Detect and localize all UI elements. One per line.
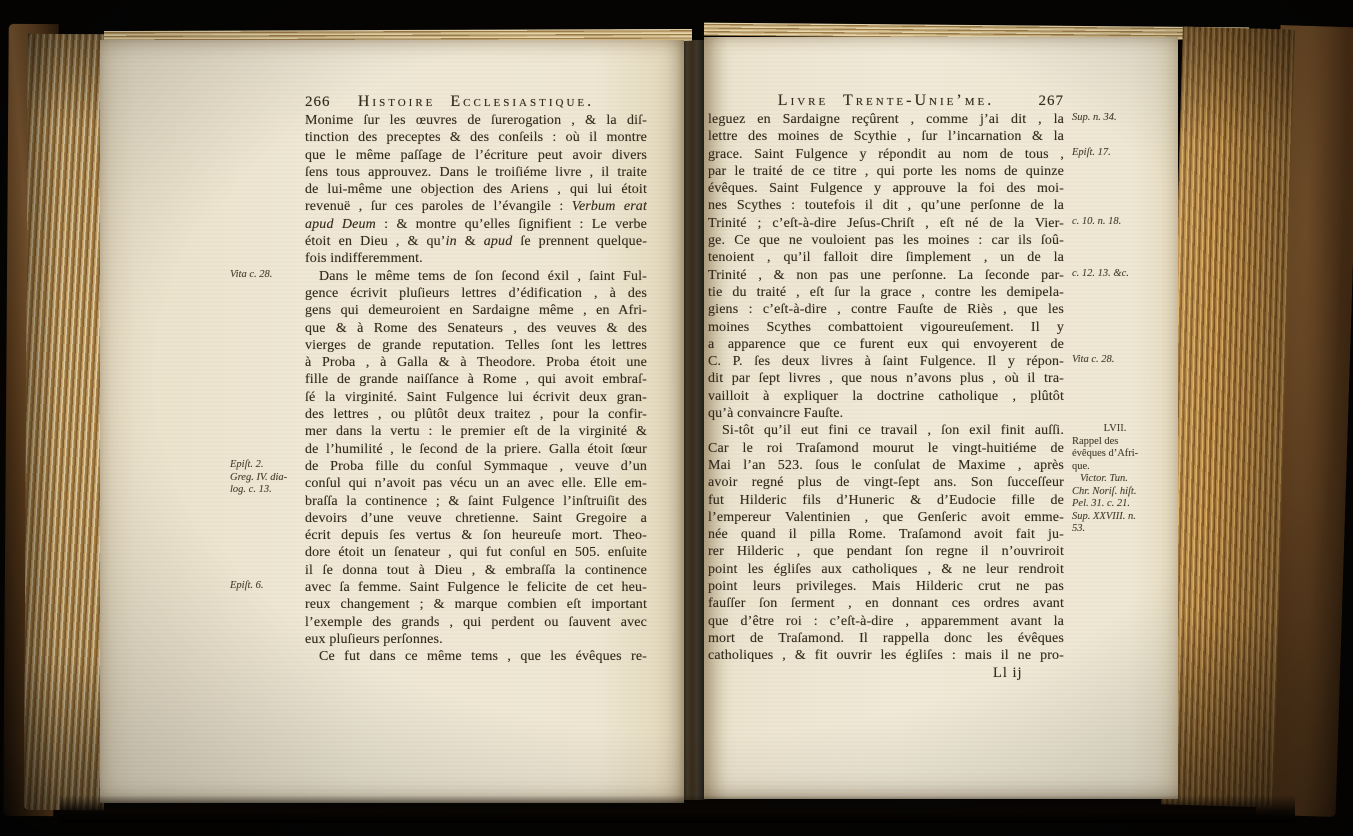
text-line: il ſe donna tout à Dieu , & embraſſa la …	[305, 562, 647, 579]
margin-note: Epiſt. 2.Greg. IV. dia-log. c. 13.	[230, 459, 302, 497]
book-photo: 266 Histoire Ecclesiastique. Monime ſur …	[0, 0, 1353, 836]
text-line: eux pluſieurs perſonnes.	[305, 631, 647, 648]
text-line: étoit en Dieu , & qu’in & apud ſe prenne…	[305, 233, 647, 250]
margin-note-line: Vita c. 28.	[1072, 354, 1168, 367]
margin-note: c. 12. 13. &c.	[1072, 268, 1168, 281]
text-line: que d’être roi : c’eſt-à-dire , apparemm…	[708, 613, 1064, 630]
text-line: née quand il pilla Rome. Traſamond avoit…	[708, 526, 1064, 543]
text-line: C. P. ſes deux livres à ſaint Fulgence. …	[708, 353, 1064, 370]
right-page: Livre Trente-Unie’me. 267 leguez en Sard…	[704, 37, 1178, 799]
text-line: tinction des preceptes & des conſeils : …	[305, 129, 647, 146]
text-line: fut Hilderic fils d’Huneric & d’Eudocie …	[708, 492, 1064, 509]
margin-note-line: c. 10. n. 18.	[1072, 216, 1168, 229]
text-line: vailloit à expliquer la doctrine catholi…	[708, 388, 1064, 405]
margin-note-line: 53.	[1072, 523, 1168, 536]
margin-note-line: Victor. Tun.	[1072, 473, 1168, 486]
left-text-column: Monime ſur les œuvres de ſurerogation , …	[305, 112, 647, 666]
text-line: avoir regné plus de vingt-ſept ans. Son …	[708, 474, 1064, 491]
margin-note-line: Epiſt. 17.	[1072, 147, 1168, 160]
text-line: point les égliſes aux catholiques , & ne…	[708, 561, 1064, 578]
text-line: nes Scythes : toutefois il dit , qu’une …	[708, 197, 1064, 214]
text-line: leguez en Sardaigne reçûrent , comme j’a…	[708, 111, 1064, 128]
margin-note: LVII.Rappel desévêques d’Afri-que.Victor…	[1072, 423, 1168, 536]
margin-note-line: Sup. n. 34.	[1072, 112, 1168, 125]
text-line: ge. Ce que ne vouloient pas les moines :…	[708, 232, 1064, 249]
text-line: revenuë , ſur ces paroles de l’évangile …	[305, 198, 647, 215]
text-line: rer Hilderic , que pendant ſon regne il …	[708, 543, 1064, 560]
text-line: ſens tous approuvez. Dans le troiſiéme l…	[305, 164, 647, 181]
text-line: point leurs privileges. Mais Hilderic cr…	[708, 578, 1064, 595]
text-line: a apparence que ce furent eux qui envoye…	[708, 336, 1064, 353]
text-line: Trinité ; c’eſt-à-dire Jeſus-Chriſt , eſ…	[708, 215, 1064, 232]
text-line: Mai l’an 523. ſous le conſulat de Maxime…	[708, 457, 1064, 474]
text-line: devoirs d’une veuve chretienne. Saint Gr…	[305, 510, 647, 527]
text-line: ſé la virginité. Saint Fulgence lui écri…	[305, 389, 647, 406]
margin-note: Epiſt. 6.	[230, 580, 302, 593]
right-page-header: Livre Trente-Unie’me. 267	[708, 92, 1064, 110]
margin-note: c. 10. n. 18.	[1072, 216, 1168, 229]
text-line: Car le roi Traſamond mourut le vingt-hui…	[708, 440, 1064, 457]
text-line: fois indifferemment.	[305, 250, 647, 267]
text-line: Dans le même tems de ſon ſecond éxil , ſ…	[305, 268, 647, 285]
text-line: gens qui demeuroient en Sardaigne même ,…	[305, 302, 647, 319]
text-line: dore étoit un ſenateur , qui fut conſul …	[305, 544, 647, 561]
margin-note-line: Vita c. 28.	[230, 269, 302, 282]
page-number: 267	[1039, 93, 1065, 110]
margin-note: Vita c. 28.	[230, 269, 302, 282]
text-line: catholiques , & fit ouvrir les égliſes :…	[708, 647, 1064, 664]
text-line: que le même paſſage de l’écriture peut a…	[305, 147, 647, 164]
margin-note-line: évêques d’Afri-	[1072, 448, 1168, 461]
text-line: évêques. Saint Fulgence y approuve la fo…	[708, 180, 1064, 197]
margin-note-line: Pel. 31. c. 21.	[1072, 498, 1168, 511]
page-number: 266	[305, 94, 331, 111]
text-line: mort de Traſamond. Il rappella donc les …	[708, 630, 1064, 647]
text-line: que & à Rome des Senateurs , des veuves …	[305, 320, 647, 337]
text-line: tie du traité , eſt ſur la grace , contr…	[708, 284, 1064, 301]
text-line: à Proba , à Galla & à Theodore. Proba ét…	[305, 354, 647, 371]
right-text-column: leguez en Sardaigne reçûrent , comme j’a…	[708, 111, 1064, 665]
text-line: Monime ſur les œuvres de ſurerogation , …	[305, 112, 647, 129]
text-line: vierges de grande reputation. Telles ſon…	[305, 337, 647, 354]
text-line: conſul qui n’avoit pas vécu un an avec e…	[305, 475, 647, 492]
text-line: Ce fut dans ce même tems , que les évêqu…	[305, 648, 647, 665]
margin-note-line: Sup. XXVIII. n.	[1072, 511, 1168, 524]
margin-note-line: Epiſt. 2.	[230, 459, 302, 472]
margin-note: Sup. n. 34.	[1072, 112, 1168, 125]
margin-note-line: Chr. Noriſ. hiſt.	[1072, 486, 1168, 499]
text-line: l’empereur Valentinien , que Genſeric av…	[708, 509, 1064, 526]
text-line: giens : c’eſt-à-dire , contre Fauſte de …	[708, 301, 1064, 318]
text-line: mer dans la vertu : le premier eſt de la…	[305, 423, 647, 440]
margin-note-line: Greg. IV. dia-	[230, 472, 302, 485]
margin-note-line: Rappel des	[1072, 436, 1168, 449]
text-line: de l’humilité , le ſecond de la priere. …	[305, 441, 647, 458]
margin-note-line: log. c. 13.	[230, 484, 302, 497]
text-line: Trinité , & non pas une perſonne. La ſec…	[708, 267, 1064, 284]
margin-note-line: que.	[1072, 461, 1168, 474]
text-line: de lui-même une objection des Ariens , q…	[305, 181, 647, 198]
text-line: gence écrivit pluſieurs lettres d’édific…	[305, 285, 647, 302]
text-line: l’exemple des grands , qui perdent ou ſa…	[305, 614, 647, 631]
text-line: grace. Saint Fulgence y répondit au nom …	[708, 146, 1064, 163]
running-title: Livre Trente-Unie’me.	[778, 92, 994, 109]
text-line: dit par ſept livres , que nous n’avons p…	[708, 370, 1064, 387]
text-line: lettre des moines de Scythie , ſur l’inc…	[708, 128, 1064, 145]
margin-note: Epiſt. 17.	[1072, 147, 1168, 160]
text-line: des lettres , ou plûtôt deux traitez , p…	[305, 406, 647, 423]
text-line: reux changement ; & marque combien eſt i…	[305, 596, 647, 613]
left-page-edges	[24, 34, 108, 810]
signature-mark: Ll ij	[993, 665, 1023, 682]
left-page: 266 Histoire Ecclesiastique. Monime ſur …	[100, 40, 684, 803]
text-line: par le traité de ce titre , qui porte le…	[708, 163, 1064, 180]
text-line: fauſſer ſon ſerment , en donnant ces ord…	[708, 595, 1064, 612]
text-line: tenoient , qu’il falloit dire ſimplement…	[708, 249, 1064, 266]
running-title: Histoire Ecclesiastique.	[358, 93, 594, 110]
text-line: fille de grande naiſſance à Rome , qui a…	[305, 371, 647, 388]
text-line: apud Deum : & montre qu’elles ſignifient…	[305, 216, 647, 233]
margin-note-line: c. 12. 13. &c.	[1072, 268, 1168, 281]
margin-note: Vita c. 28.	[1072, 354, 1168, 367]
fore-edge-right	[1161, 27, 1295, 808]
text-line: moines Scythes combattoient vigoureuſeme…	[708, 319, 1064, 336]
text-line: qu’à convaincre Fauſte.	[708, 405, 1064, 422]
margin-note-line: Epiſt. 6.	[230, 580, 302, 593]
text-line: Si-tôt qu’il eut fini ce travail , ſon e…	[708, 422, 1064, 439]
margin-note-line: LVII.	[1072, 423, 1168, 436]
text-line: de Proba fille du conſul Symmaque , veuv…	[305, 458, 647, 475]
text-line: braſſa la continence ; & ſaint Fulgence …	[305, 493, 647, 510]
text-line: écrit depuis ſes vertus & ſon heureuſe m…	[305, 527, 647, 544]
text-line: avec ſa femme. Saint Fulgence le felicit…	[305, 579, 647, 596]
left-page-header: 266 Histoire Ecclesiastique.	[305, 93, 647, 111]
